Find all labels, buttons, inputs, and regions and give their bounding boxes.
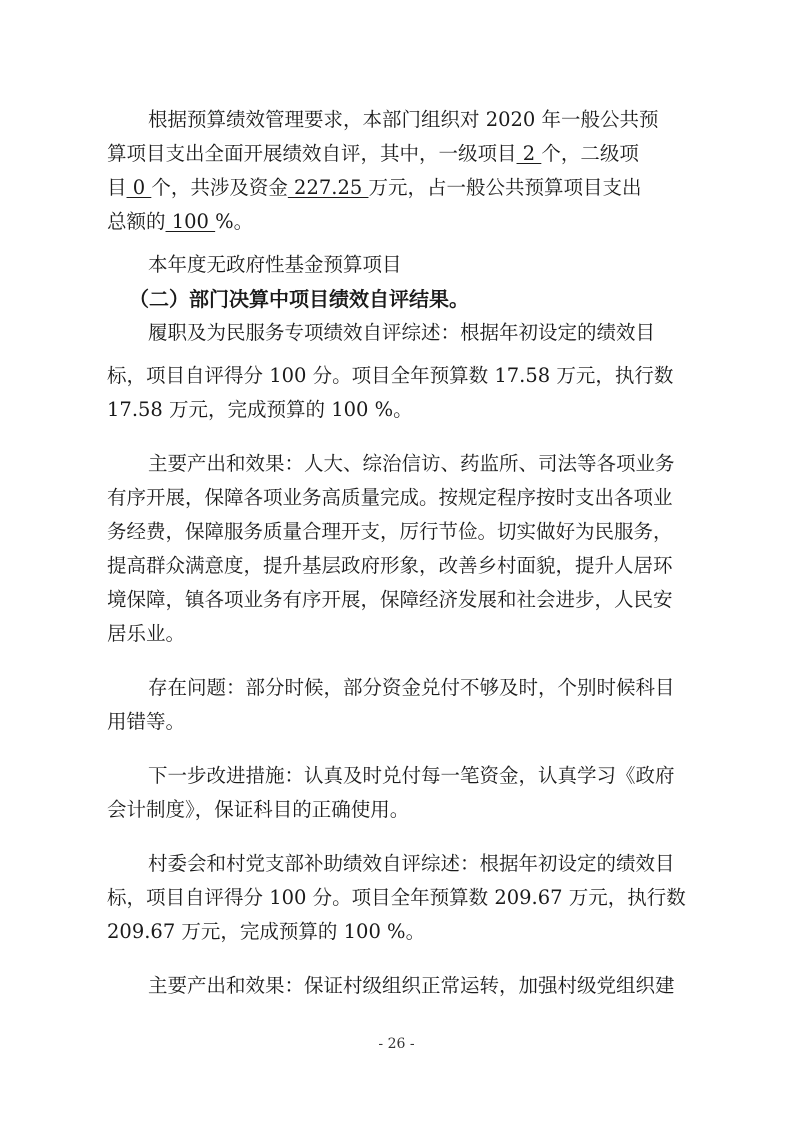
intro-text: %。 xyxy=(215,210,253,233)
intro-line-3: 目 0 个，共涉及资金 227.25 万元，占一般公共预算项目支出 xyxy=(107,171,693,205)
project1-improvements: 下一步改进措施：认真及时兑付每一笔资金，认真学习《政府 会计制度》，保证科目的正… xyxy=(107,759,693,827)
intro-text: 总额的 xyxy=(107,210,166,233)
text-line: 居乐业。 xyxy=(107,617,693,651)
project2-outputs: 主要产出和效果：保证村级组织正常运转，加强村级党组织建 xyxy=(107,969,693,1003)
level1-count: 2 xyxy=(517,142,542,165)
text-line: 209.67 万元，完成预算的 100 %。 xyxy=(107,915,693,949)
page-number: - 26 - xyxy=(0,1036,793,1052)
text-line: 标，项目自评得分 100 分。项目全年预算数 209.67 万元，执行数 xyxy=(107,881,693,915)
text-line: 务经费，保障服务质量合理开支，厉行节俭。切实做好为民服务， xyxy=(107,515,693,549)
text-line: 有序开展，保障各项业务高质量完成。按规定程序按时支出各项业 xyxy=(107,481,693,515)
text-line: 境保障，镇各项业务有序开展，保障经济发展和社会进步，人民安 xyxy=(107,583,693,617)
section-heading: （二）部门决算中项目绩效自评结果。 xyxy=(107,282,693,316)
document-page: 根据预算绩效管理要求，本部门组织对 2020 年一般公共预 算项目支出全面开展绩… xyxy=(0,0,793,1122)
intro-text: 个，二级项 xyxy=(541,142,639,165)
text-line: 会计制度》，保证科目的正确使用。 xyxy=(107,793,693,827)
text-line: 下一步改进措施：认真及时兑付每一笔资金，认真学习《政府 xyxy=(107,759,693,793)
intro-text: 目 xyxy=(107,176,127,199)
project2-summary: 村委会和村党支部补助绩效自评综述：根据年初设定的绩效目 标，项目自评得分 100… xyxy=(107,847,693,949)
text-line: 主要产出和效果：人大、综治信访、药监所、司法等各项业务 xyxy=(107,447,693,481)
text-line: 标，项目自评得分 100 分。项目全年预算数 17.58 万元，执行数 xyxy=(107,359,693,393)
text-line: 17.58 万元，完成预算的 100 %。 xyxy=(107,393,693,427)
intro-paragraph: 根据预算绩效管理要求，本部门组织对 2020 年一般公共预 算项目支出全面开展绩… xyxy=(107,103,693,239)
percent-value: 100 xyxy=(166,210,216,233)
funds-amount: 227.25 xyxy=(288,176,369,199)
text-line: 存在问题：部分时候，部分资金兑付不够及时，个别时候科目 xyxy=(107,671,693,705)
level2-count: 0 xyxy=(127,176,152,199)
text-line: 提高群众满意度，提升基层政府形象，改善乡村面貌，提升人居环 xyxy=(107,549,693,583)
intro-text: 个，共涉及资金 xyxy=(151,176,288,199)
no-fund-note: 本年度无政府性基金预算项目 xyxy=(107,248,693,282)
text-line: 主要产出和效果：保证村级组织正常运转，加强村级党组织建 xyxy=(107,969,693,1003)
text-line: 村委会和村党支部补助绩效自评综述：根据年初设定的绩效目 xyxy=(107,847,693,881)
document-body: 根据预算绩效管理要求，本部门组织对 2020 年一般公共预 算项目支出全面开展绩… xyxy=(107,103,693,1003)
intro-line-4: 总额的 100 %。 xyxy=(107,205,693,239)
project1-outputs: 主要产出和效果：人大、综治信访、药监所、司法等各项业务 有序开展，保障各项业务高… xyxy=(107,447,693,651)
text-line: 履职及为民服务专项绩效自评综述：根据年初设定的绩效目 xyxy=(107,316,693,350)
section-heading-text: （二）部门决算中项目绩效自评结果。 xyxy=(107,282,693,316)
intro-line-2: 算项目支出全面开展绩效自评，其中，一级项目 2 个，二级项 xyxy=(107,137,693,171)
intro-text: 算项目支出全面开展绩效自评，其中，一级项目 xyxy=(107,142,517,165)
no-fund-note-text: 本年度无政府性基金预算项目 xyxy=(107,248,693,282)
project1-summary: 履职及为民服务专项绩效自评综述：根据年初设定的绩效目 标，项目自评得分 100 … xyxy=(107,316,693,427)
text-line: 用错等。 xyxy=(107,705,693,739)
project1-problems: 存在问题：部分时候，部分资金兑付不够及时，个别时候科目 用错等。 xyxy=(107,671,693,739)
intro-line-1: 根据预算绩效管理要求，本部门组织对 2020 年一般公共预 xyxy=(107,103,693,137)
intro-text: 万元，占一般公共预算项目支出 xyxy=(368,176,641,199)
